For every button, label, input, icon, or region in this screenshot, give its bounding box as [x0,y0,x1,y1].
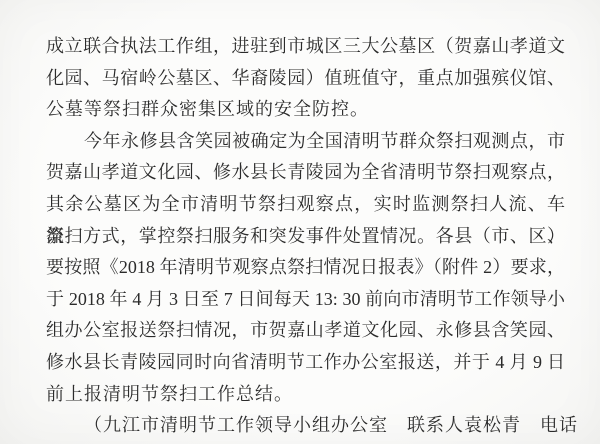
text-line-9: 于 2018 年 4 月 3 日至 7 日间每天 13: 30 前向市清明节工作… [46,284,565,316]
text-line-12: 前上报清明节祭扫工作总结。 [46,379,565,411]
scanned-document-page: 成立联合执法工作组，进驻到市城区三大公墓区（贺嘉山孝道文 化园、马宿岭公墓区、华… [0,0,600,444]
text-line-13: （九江市清明节工作领导小组办公室 联系人袁松青 电话 [46,410,565,442]
text-line-8: 要按照《2018 年清明节观察点祭扫情况日报表》（附件 2）要求， [46,252,565,284]
text-line-3: 公墓等祭扫群众密集区域的安全防控。 [46,94,565,126]
text-line-5: 贺嘉山孝道文化园、修水县长青陵园为全省清明节祭扫观察点， [46,157,565,189]
text-line-6: 其余公墓区为全市清明节祭扫观察点，实时监测祭扫人流、车流、 [46,189,565,221]
text-line-10: 组办公室报送祭扫情况，市贺嘉山孝道文化园、永修县含笑园、 [46,315,565,347]
document-text-block: 成立联合执法工作组，进驻到市城区三大公墓区（贺嘉山孝道文 化园、马宿岭公墓区、华… [46,31,565,442]
text-line-7: 祭扫方式，掌控祭扫服务和突发事件处置情况。各县（市、区） [46,221,565,253]
text-line-4: 今年永修县含笑园被确定为全国清明节群众祭扫观测点，市 [46,126,565,158]
text-line-2: 化园、马宿岭公墓区、华裔陵园）值班值守，重点加强殡仪馆、 [46,63,565,95]
text-line-1: 成立联合执法工作组，进驻到市城区三大公墓区（贺嘉山孝道文 [46,31,565,63]
text-line-11: 修水县长青陵园同时向省清明节工作办公室报送，并于 4 月 9 日 [46,347,565,379]
